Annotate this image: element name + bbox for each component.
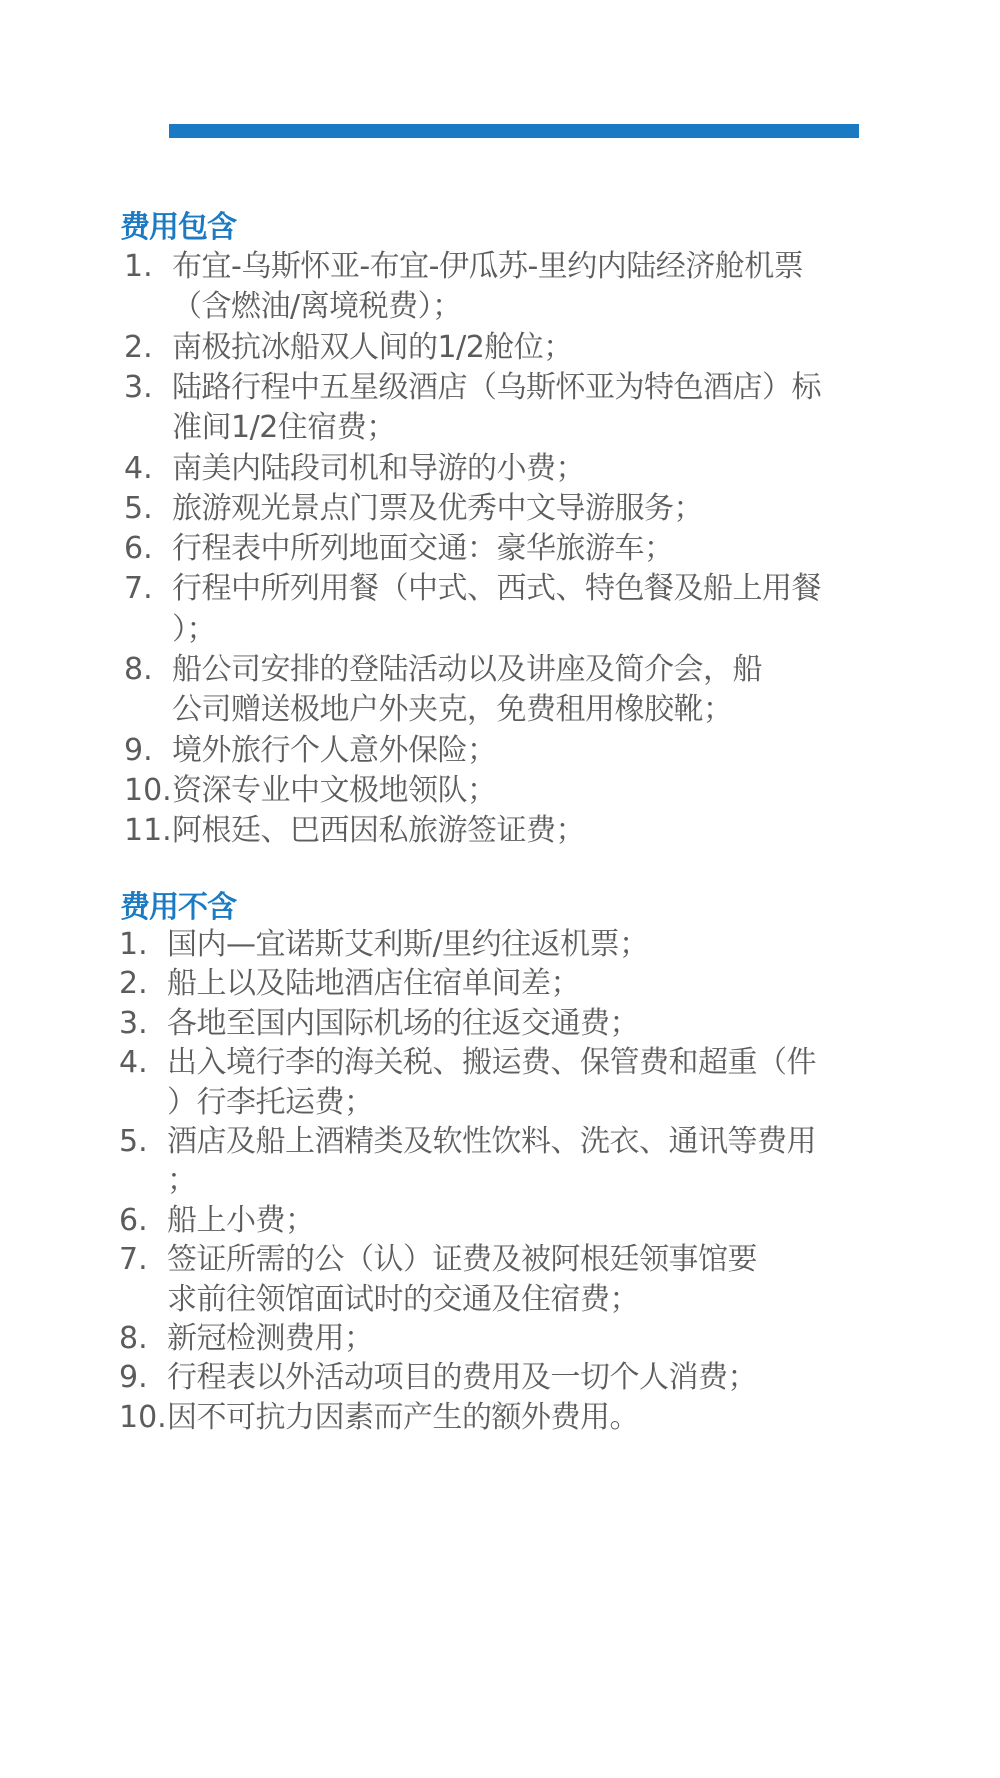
list-item-text: 准间1/2住宿费； [172,408,396,448]
list-item-text: 陆路行程中五星级酒店（乌斯怀亚为特色酒店）标 [172,368,821,408]
list-item-text: 布宜-乌斯怀亚-布宜-伊瓜苏-里约内陆经济舱机票 [172,247,803,287]
list-item-number: 6. [124,529,153,569]
list-item-text: ）； [172,610,216,650]
list-item-text: 国内—宜诺斯艾利斯/里约往返机票； [167,925,649,965]
list-item-text: 船上小费； [167,1201,315,1241]
list-item-text: ； [167,1161,197,1201]
list-item-number: 8. [119,1319,148,1359]
list-item-number: 5. [124,489,153,529]
list-item-text: 行程表以外活动项目的费用及一切个人消费； [167,1358,757,1398]
excluded-title: 费用不含 [120,890,236,926]
list-item-text: 行程表中所列地面交通：豪华旅游车； [172,529,674,569]
list-item-text: 酒店及船上酒精类及软性饮料、洗衣、通讯等费用 [167,1122,816,1162]
list-item-number: 5. [119,1122,148,1162]
list-item-text: 因不可抗力因素而产生的额外费用。 [167,1398,639,1438]
list-item-number: 7. [124,569,153,609]
list-item-number: 2. [124,328,153,368]
list-item-text: ）行李托运费； [167,1083,374,1123]
list-item-number: 4. [124,449,153,489]
included-title: 费用包含 [120,210,236,246]
list-item-text: 旅游观光景点门票及优秀中文导游服务； [172,489,703,529]
list-item-text: 求前往领馆面试时的交通及住宿费； [167,1280,639,1320]
list-item-number: 3. [124,368,153,408]
list-item-number: 3. [119,1004,148,1044]
list-item-text: 资深专业中文极地领队； [172,771,497,811]
list-item-text: 各地至国内国际机场的往返交通费； [167,1004,639,1044]
list-item-text: 南美内陆段司机和导游的小费； [172,449,585,489]
list-item-number: 9. [119,1358,148,1398]
list-item-number: 6. [119,1201,148,1241]
list-item-text: （含燃油/离境税费）； [172,287,462,327]
list-item-text: 出入境行李的海关税、搬运费、保管费和超重（件 [167,1043,816,1083]
list-item-number: 4. [119,1043,148,1083]
list-item-text: 签证所需的公（认）证费及被阿根廷领事馆要 [167,1240,757,1280]
list-item-text: 新冠检测费用； [167,1319,374,1359]
list-item-number: 8. [124,650,153,690]
list-item-text: 境外旅行个人意外保险； [172,731,497,771]
list-item-number: 9. [124,731,153,771]
list-item-text: 行程中所列用餐（中式、西式、特色餐及船上用餐 [172,569,821,609]
list-item-text: 阿根廷、巴西因私旅游签证费； [172,811,585,851]
list-item-number: 7. [119,1240,148,1280]
list-item-text: 船公司安排的登陆活动以及讲座及简介会，船 [172,650,762,690]
list-item-text: 船上以及陆地酒店住宿单间差； [167,964,580,1004]
list-item-number: 11. [124,811,172,851]
list-item-number: 10. [124,771,172,811]
list-item-number: 10. [119,1398,167,1438]
list-item-number: 1. [124,247,153,287]
list-item-number: 1. [119,925,148,965]
list-item-text: 公司赠送极地户外夹克，免费租用橡胶靴； [172,690,733,730]
top-accent-bar [169,124,859,138]
list-item-text: 南极抗冰船双人间的1/2舱位； [172,328,573,368]
list-item-number: 2. [119,964,148,1004]
